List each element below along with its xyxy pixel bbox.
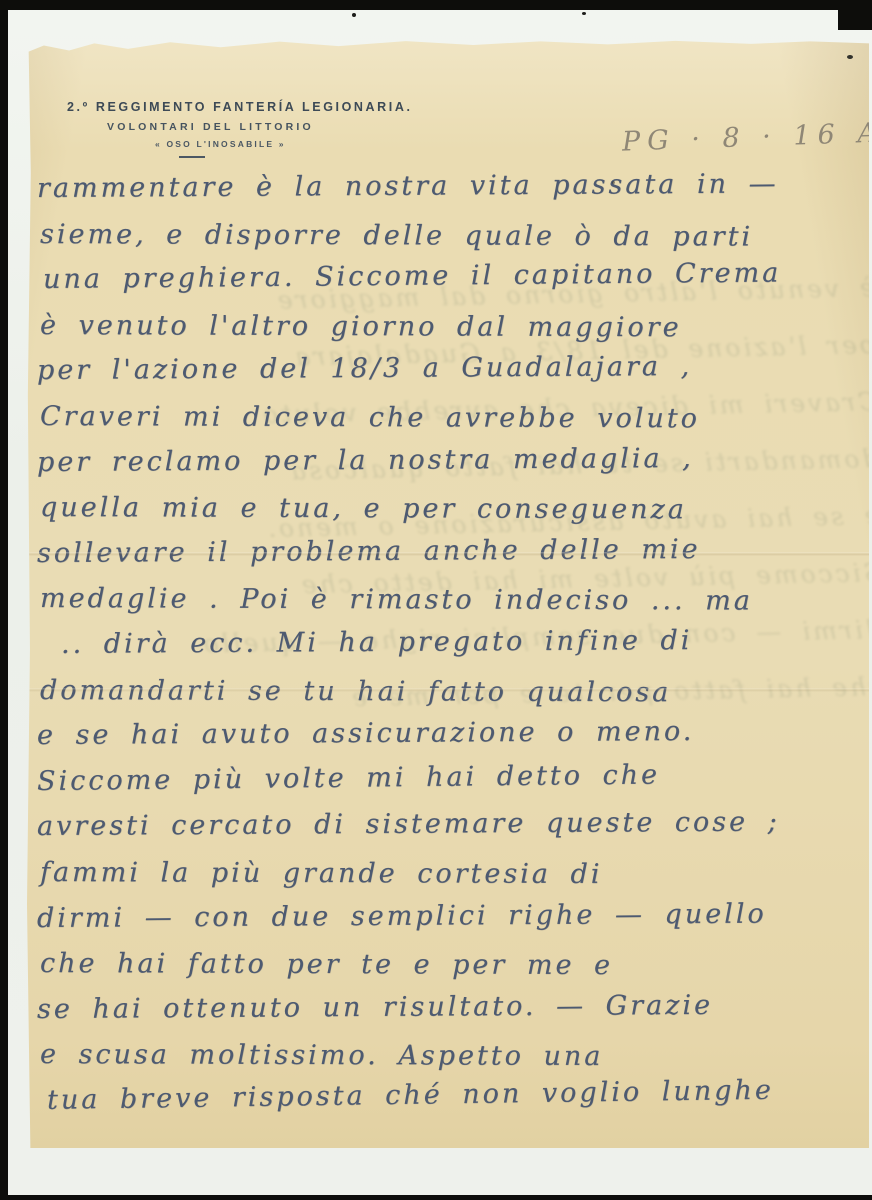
handwritten-line: se hai ottenuto un risultato. — Grazie [37,982,865,1033]
letterhead-regiment: 2.º REGGIMENTO FANTERÍA LEGIONARIA. [67,100,413,114]
letterhead: 2.º REGGIMENTO FANTERÍA LEGIONARIA. VOLO… [67,100,413,158]
fold-crease [27,552,869,556]
handwritten-line: rammentare è la nostra vita passata in — [37,161,865,212]
letter-body: rammentare è la nostra vita passata in —… [37,166,865,1123]
dust-speck [582,12,586,15]
ink-speck [612,181,615,184]
ink-speck [847,55,853,59]
handwritten-line: .. dirà ecc. Mi ha pregato infine di [37,617,865,668]
handwritten-line: avresti cercato di sistemare queste cose… [37,799,865,850]
scanner-bed-corner [838,0,872,30]
handwritten-line: dirmi — con due semplici righe — quello [37,890,865,941]
handwritten-line: per reclamo per la nostra medaglia , [37,435,865,486]
letter-page: è venuto l'altro giorno dal maggiore per… [27,40,869,1148]
scanned-letter-image: è venuto l'altro giorno dal maggiore per… [0,0,872,1200]
dust-speck [352,13,356,17]
handwritten-line: per l'azione del 18/3 a Guadalajara , [37,343,865,394]
archival-mark: PG · 8 · 16 A [622,117,872,157]
handwritten-line: una preghiera. Siccome il capitano Crema [43,250,871,303]
fold-crease [27,688,869,692]
letterhead-motto: « OSO L'INOSABILE » [155,139,413,149]
handwritten-line: Siccome più volte mi hai detto che [37,750,865,804]
letterhead-unit: VOLONTARI DEL LITTORIO [107,121,413,133]
letterhead-rule [179,156,205,158]
